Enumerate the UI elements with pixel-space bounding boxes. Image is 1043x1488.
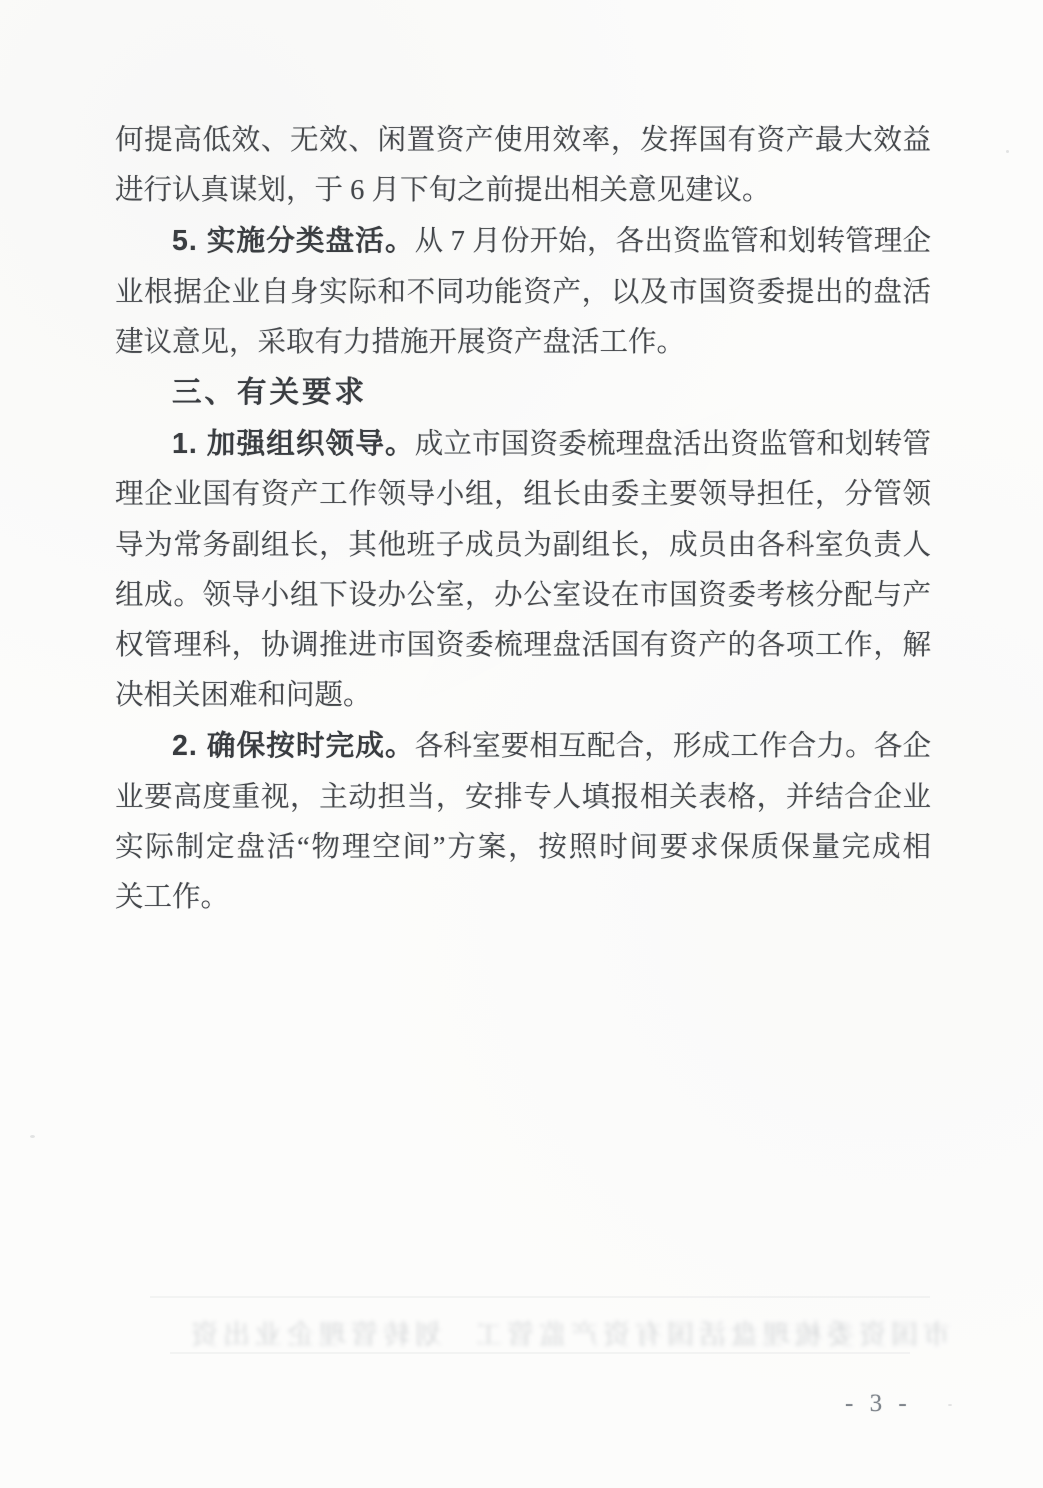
heading-text: 三、有关要求 — [172, 376, 367, 409]
text-line: 5. 实施分类盘活。从 7 月份开始，各出资监管和划转管理企 — [115, 216, 931, 267]
text-line: 导为常务副组长，其他班子成员为副组长，成员由各科室负责人 — [115, 521, 931, 571]
bold-lead: 1. 加强组织领导。 — [172, 428, 415, 460]
bold-lead: 2. 确保按时完成。 — [172, 730, 415, 762]
scanner-streak — [150, 1296, 930, 1298]
text-line: 2. 确保按时完成。各科室要相互配合，形成工作合力。各企 — [115, 721, 931, 772]
text-line: 何提高低效、无效、闲置资产使用效率，发挥国有资产最大效益 — [115, 116, 931, 166]
text-line: 业要高度重视，主动担当，安排专人填报相关表格，并结合企业 — [115, 773, 931, 823]
text-line: 权管理科，协调推进市国资委梳理盘活国有资产的各项工作，解 — [115, 621, 931, 671]
text-line: 1. 加强组织领导。成立市国资委梳理盘活出资监管和划转管 — [115, 419, 931, 470]
text-line: 进行认真谋划，于 6 月下旬之前提出相关意见建议。 — [115, 166, 931, 216]
scan-speck — [30, 1135, 35, 1138]
text-line: 组成。领导小组下设办公室，办公室设在市国资委考核分配与产 — [115, 571, 931, 621]
page-number: - 3 - — [845, 1390, 912, 1418]
section-heading: 三、有关要求 — [115, 368, 931, 419]
text-line: 业根据企业自身实际和不同功能资产，以及市国资委提出的盘活 — [115, 268, 931, 318]
scanner-streak — [170, 1352, 910, 1354]
bold-lead: 5. 实施分类盘活。 — [172, 225, 415, 257]
text-line: 建议意见，采取有力措施开展资产盘活工作。 — [115, 318, 931, 368]
scanned-document-page: 何提高低效、无效、闲置资产使用效率，发挥国有资产最大效益 进行认真谋划，于 6 … — [0, 0, 1043, 1488]
bleedthrough-text: 市国资委梳理盘活国有资产监管工作 — [478, 1313, 950, 1347]
text-line: 决相关困难和问题。 — [115, 671, 931, 721]
bleedthrough-text: 划转管理企业出资 — [190, 1313, 442, 1347]
scan-speck — [1006, 150, 1009, 153]
document-body: 何提高低效、无效、闲置资产使用效率，发挥国有资产最大效益 进行认真谋划，于 6 … — [115, 116, 931, 923]
scan-speck — [948, 1404, 952, 1406]
text-line: 理企业国有资产工作领导小组，组长由委主要领导担任，分管领 — [115, 470, 931, 520]
text-line: 关工作。 — [115, 873, 931, 923]
text-line: 实际制定盘活“物理空间”方案，按照时间要求保质保量完成相 — [115, 823, 931, 873]
